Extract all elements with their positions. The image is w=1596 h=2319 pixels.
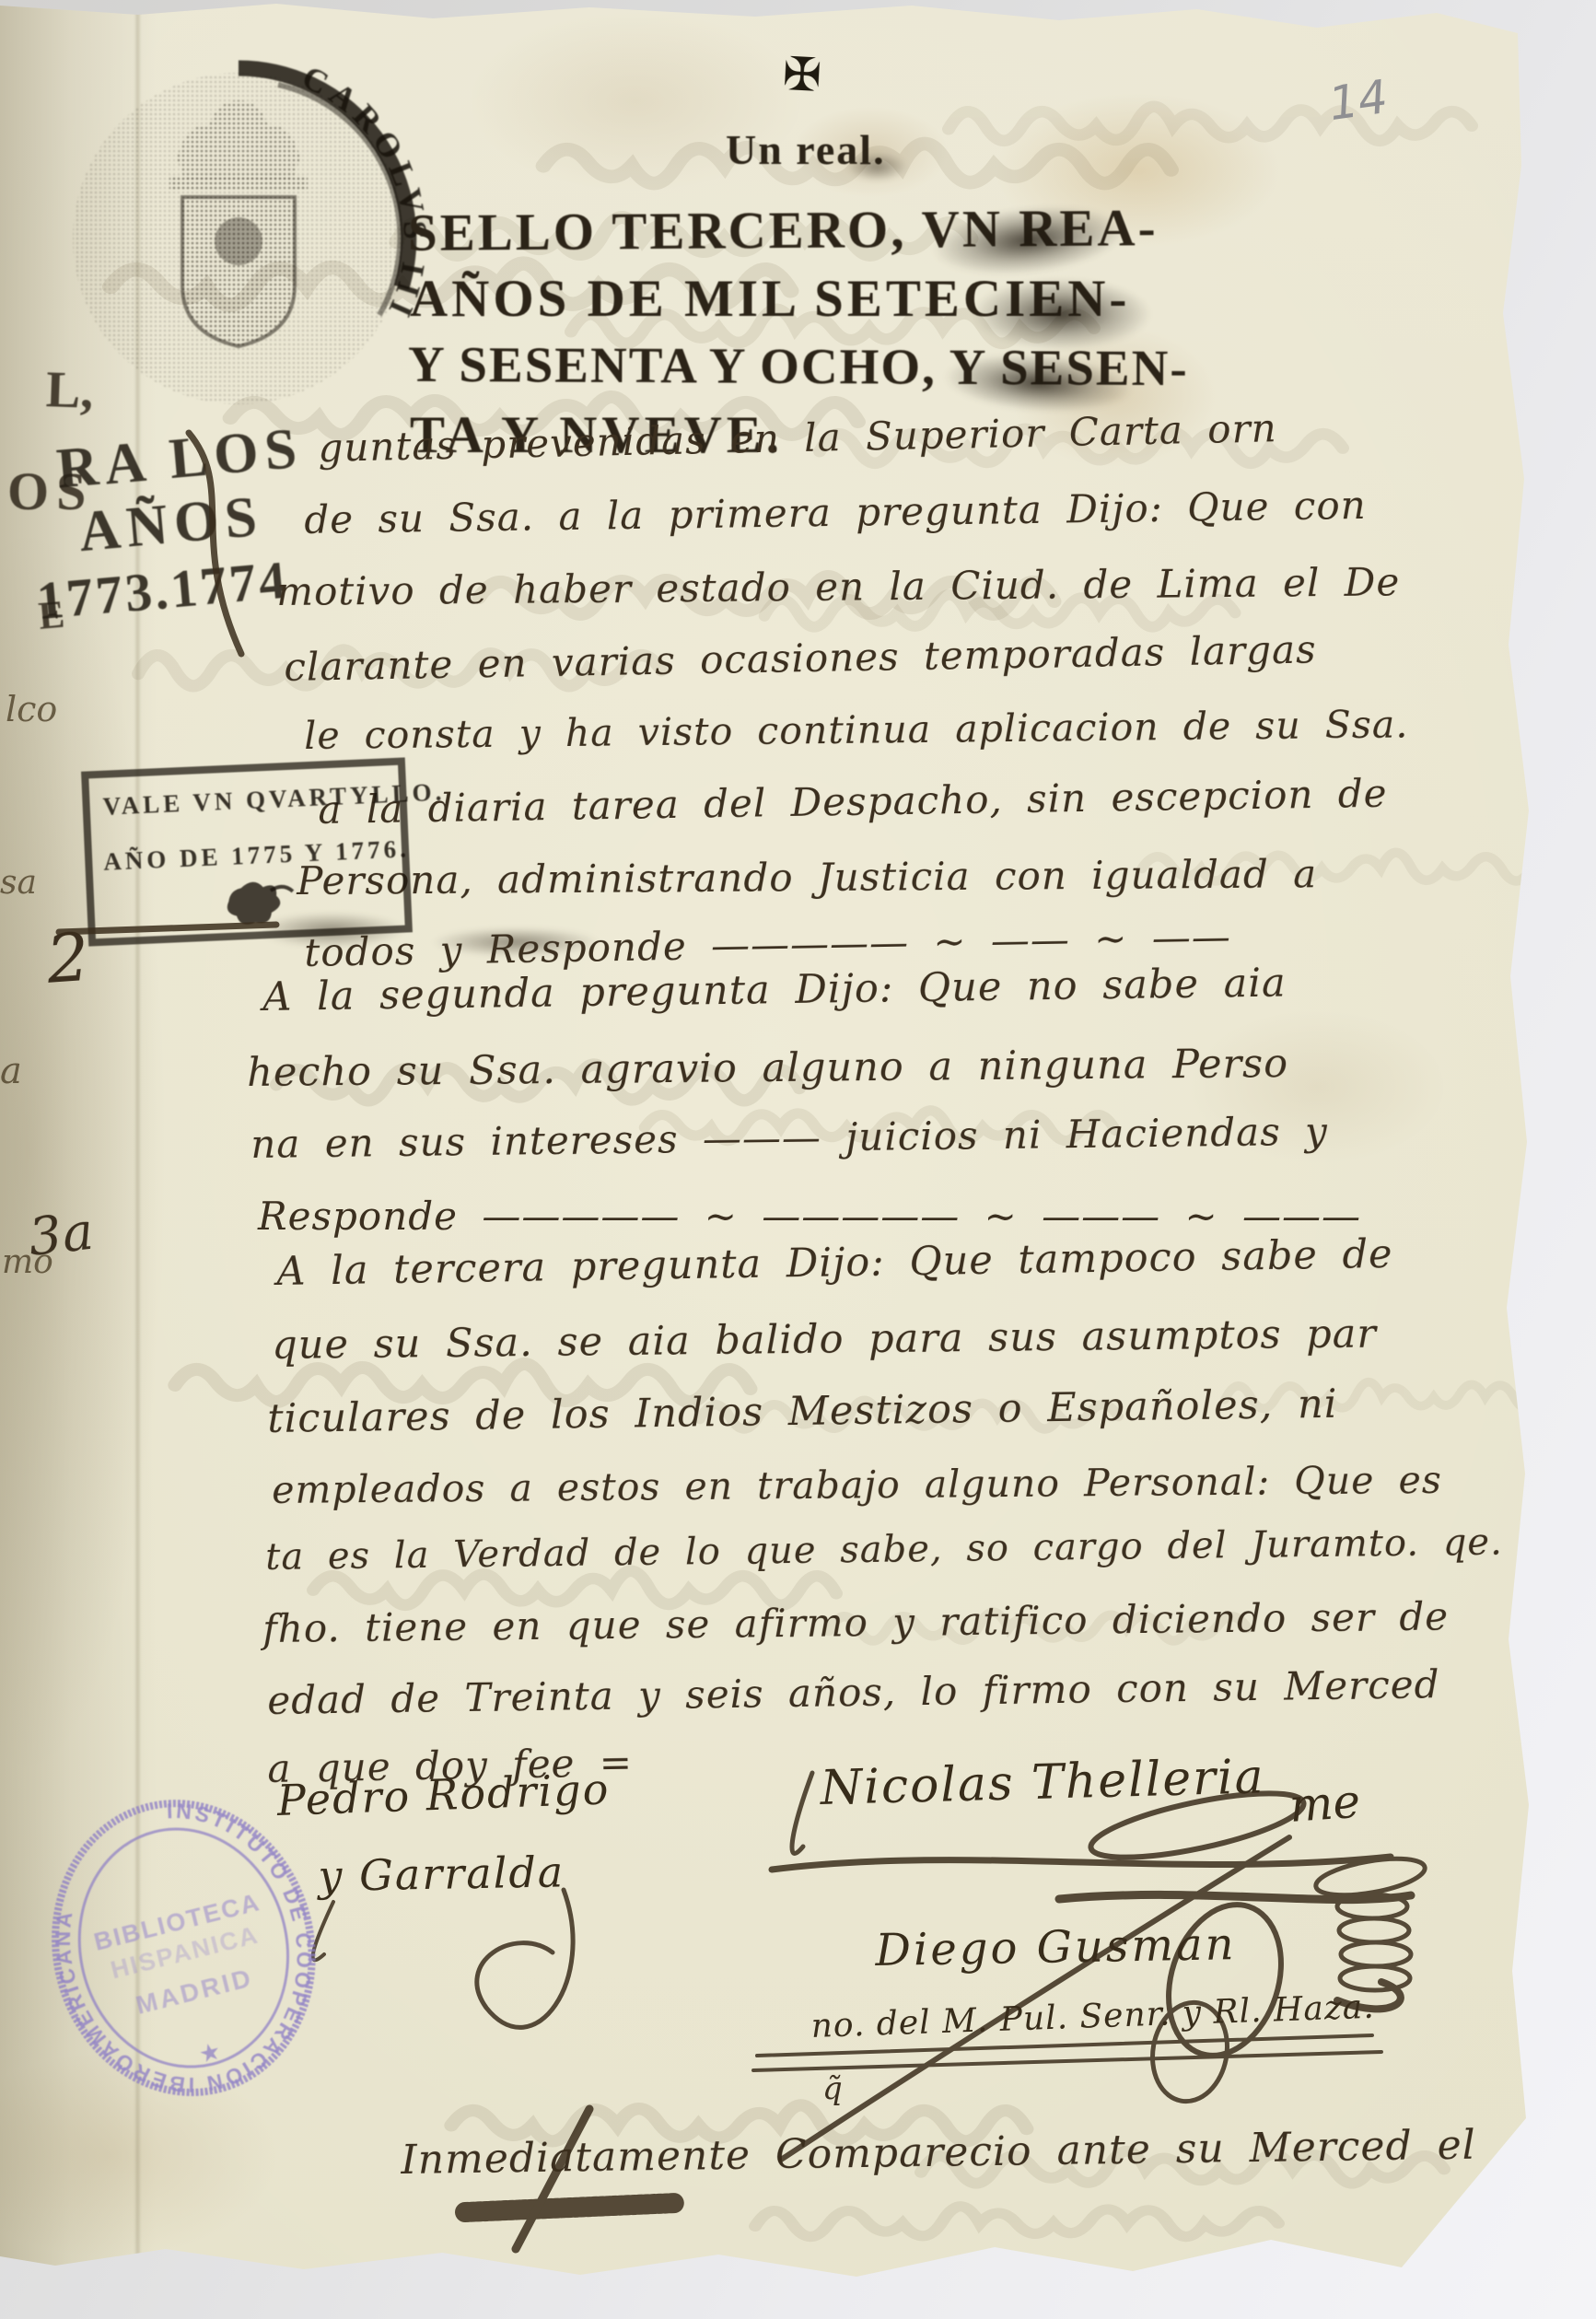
signature-ante-mi: me (1287, 1775, 1362, 1833)
star-icon: ★ (196, 2037, 224, 2069)
manuscript-line: fho. tiene en que se afirmo y ratifico d… (262, 1594, 1449, 1651)
manuscript-line: Responde ————— ~ ————— ~ ——— ~ ——— (258, 1194, 1361, 1239)
vale-quartillo-stamp: VALE VN QVARTYLLO. AÑO DE 1775 Y 1776. (81, 757, 413, 946)
manuscript-line: empleados a estos en trabajo alguno Pers… (272, 1458, 1442, 1512)
vale-emblem-icon (213, 873, 298, 934)
signature-pedro-rodrigo: Pedro Rodrigo (276, 1764, 611, 1825)
margin-numeral-third: 3a (26, 1202, 97, 1268)
final-comparecio-line: Inmediatamente Comparecio ante su Merced… (401, 2122, 1476, 2184)
manuscript-line: ta es la Verdad de lo que sabe, so cargo… (265, 1521, 1503, 1579)
document-scan: L, OS E lco sa a mo 14 ✠ Un real. CAROLV… (0, 0, 1596, 2319)
manuscript-line: na en sus intereses ——— juicios ni Hacie… (250, 1109, 1328, 1167)
vale-line: AÑO DE 1775 Y 1776. (103, 834, 411, 876)
manuscript-line: motivo de haber estado en la Ciud. de Li… (276, 559, 1400, 614)
signature-gusman: Diego Gusman (875, 1918, 1237, 1976)
signature-garralda: y Garralda (318, 1847, 565, 1901)
manuscript-line: clarante en varias ocasiones temporadas … (284, 626, 1317, 690)
manuscript-line: A la tercera pregunta Dijo: Que tampoco … (276, 1231, 1393, 1295)
manuscript-line: Persona, administrando Justicia con igua… (297, 851, 1317, 903)
manuscript-line: edad de Treinta y seis años, lo firmo co… (267, 1661, 1440, 1723)
plate-cross-icon: ✠ (782, 47, 823, 102)
escribano-title-line: no. del M. Pul. Senr. y Rl. Haza. (810, 1988, 1375, 2045)
folio-number: 14 (1325, 70, 1391, 131)
manuscript-line: ticulares de los Indios Mestizos o Españ… (267, 1381, 1338, 1442)
vale-line: VALE VN QVARTYLLO. (102, 778, 446, 822)
edge-fragment: sa (0, 864, 37, 902)
manuscript-line: que su Ssa. se aia balido para sus asump… (272, 1311, 1377, 1369)
carolus-seal-stamp: CAROLVS III (48, 48, 430, 430)
interlinear-mark: q̃ (822, 2070, 844, 2107)
ink-smudge (972, 278, 1151, 350)
edge-fragment: a (0, 1050, 22, 1092)
manuscript-line: hecho su Ssa. agravio alguno a ninguna P… (247, 1041, 1288, 1096)
paper-sheet: L, OS E lco sa a mo 14 ✠ Un real. CAROLV… (0, 0, 1534, 2319)
ink-smudge (833, 146, 921, 188)
edge-fragment: lco (6, 689, 57, 729)
manuscript-line: a la diaria tarea del Despacho, sin esce… (318, 771, 1388, 833)
manuscript-line: de su Ssa. a la primera pregunta Dijo: Q… (304, 483, 1367, 542)
signature-thelleria: Nicolas Thelleria (820, 1749, 1265, 1816)
manuscript-line: le consta y ha visto continua aplicacion… (304, 702, 1409, 758)
margin-numeral-second: 2 (44, 918, 93, 998)
